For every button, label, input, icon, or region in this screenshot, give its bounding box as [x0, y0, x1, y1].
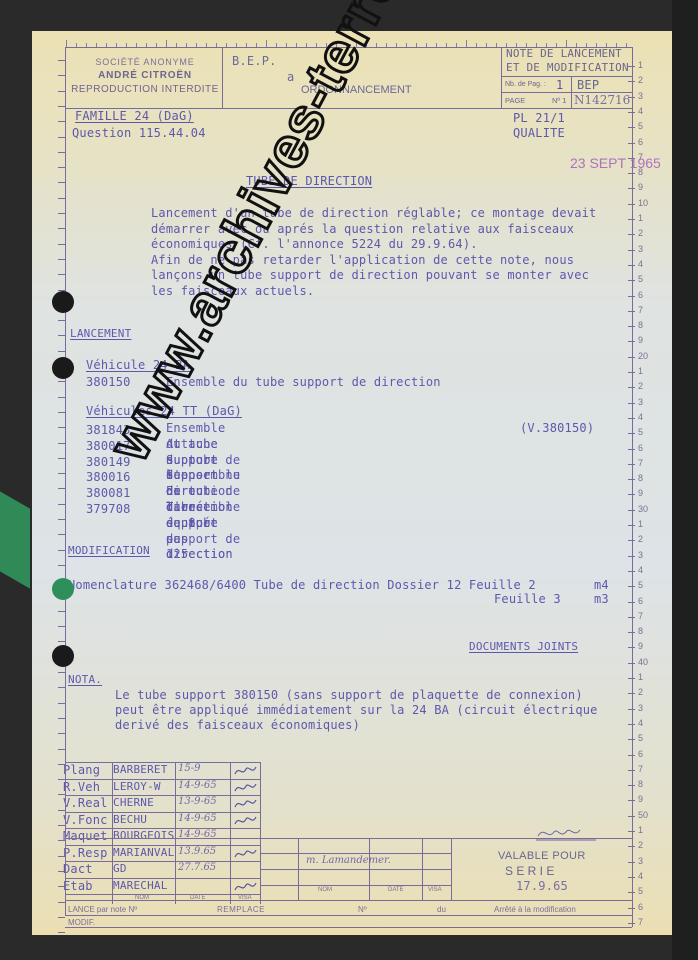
- ruler-number: 5: [638, 886, 643, 896]
- ruler-number: 2: [638, 534, 643, 544]
- visa-signature-icon: [232, 813, 258, 828]
- ruler-tick: [58, 274, 65, 275]
- ruler-tick: [58, 198, 65, 199]
- nota-line: Le tube support 380150 (sans support de …: [115, 688, 598, 703]
- lancement-heading: LANCEMENT: [70, 327, 131, 340]
- note-box-divider: [571, 76, 572, 108]
- handwritten-name: m. Lamandemer.: [306, 855, 391, 866]
- ruler-number: 1: [638, 366, 643, 376]
- ruler-number: 9: [638, 488, 643, 498]
- ruler-number: 8: [638, 320, 643, 330]
- ruler-tick: [58, 91, 65, 92]
- sig-role: Maquet: [63, 829, 108, 843]
- ruler-number: 6: [638, 749, 643, 759]
- ruler-tick: [58, 60, 65, 61]
- sig-col-line: [175, 762, 176, 904]
- part-ref: 380149: [86, 455, 131, 469]
- arrete-label: Arrêté à la modification: [494, 905, 576, 914]
- part-ref: 380081: [86, 486, 131, 500]
- sig-name: BOURGEOIS: [113, 829, 174, 842]
- note-number: N142716: [574, 93, 630, 107]
- ruler-tick: [58, 397, 65, 398]
- service-code: BEP: [577, 78, 599, 92]
- sig-date: 13.9.65: [178, 846, 216, 857]
- received-date-stamp: 23 SEPT 1965: [570, 155, 661, 171]
- ruler-number: 2: [638, 75, 643, 85]
- sig-name: LEROY-W: [113, 780, 161, 793]
- ruler-tick: [58, 458, 65, 459]
- ruler-tick: [58, 672, 65, 673]
- sig-role: V.Fonc: [63, 813, 108, 827]
- from-department: B.E.P.: [232, 54, 277, 68]
- ruler-tick: [58, 182, 65, 183]
- ruler-tick: [58, 152, 65, 153]
- sig-date: 14-9-65: [178, 780, 217, 791]
- ruler-tick: [58, 244, 65, 245]
- scan-background-stripe: [0, 491, 30, 588]
- ruler-tick: [58, 611, 65, 612]
- ruler-number: 9: [638, 182, 643, 192]
- ruler-tick: [66, 40, 67, 47]
- ruler-number: 3: [638, 550, 643, 560]
- header-divider-1: [222, 47, 223, 108]
- ruler-tick: [58, 228, 65, 229]
- ruler-number: 50: [638, 810, 648, 820]
- modif-label: MODIF.: [68, 918, 95, 927]
- question-number: Question 115.44.04: [72, 126, 206, 140]
- sig-date: 13-9-65: [178, 796, 217, 807]
- ruler-number: 20: [638, 351, 648, 361]
- ruler-number: 40: [638, 657, 648, 667]
- ruler-tick: [58, 412, 65, 413]
- page-label: PAGE: [505, 96, 525, 105]
- part-desc: Tube support de direction: [166, 500, 233, 563]
- sig-role: P.Resp: [63, 846, 108, 860]
- ruler-number: 7: [638, 611, 643, 621]
- modification-heading: MODIFICATION: [68, 544, 150, 557]
- nota-line: derivé des faisceaux économiques): [115, 718, 598, 733]
- ruler-number: 4: [638, 106, 643, 116]
- ruler-number: 6: [638, 596, 643, 606]
- modification-line-2: Feuille 3: [494, 592, 561, 606]
- modification-line-1-suffix: m4: [594, 578, 609, 592]
- visa-signature-icon: [232, 780, 258, 795]
- footer-bottom-line: [65, 927, 632, 928]
- sig-col-line: [112, 762, 113, 904]
- visa-signature-icon: [232, 879, 258, 894]
- serie-date: 17.9.65: [516, 879, 568, 893]
- binder-hole: [52, 291, 74, 313]
- nota-line: peut être appliqué immédiatement sur la …: [115, 703, 598, 718]
- ruler-tick: [466, 40, 467, 47]
- part-row: 380081Ecrou carré de 8 pas 125: [86, 484, 131, 500]
- ruler-number: 2: [638, 228, 643, 238]
- part-ref: 380016: [86, 470, 131, 484]
- qualite-label: QUALITE: [513, 126, 565, 140]
- part-note: (V.380150): [520, 421, 594, 437]
- ruler-number: 1: [638, 519, 643, 529]
- ruler-number: 1: [638, 213, 643, 223]
- ruler-number: 6: [638, 443, 643, 453]
- sig-role: Etab: [63, 879, 93, 893]
- ruler-tick: [58, 320, 65, 321]
- nb-pages-value: 1: [556, 78, 563, 92]
- ruler-number: 9: [638, 335, 643, 345]
- ruler-number: 8: [638, 473, 643, 483]
- modification-line-1: Nomenclature 362468/6400 Tube de directi…: [68, 578, 536, 592]
- sig-name: MARECHAL: [113, 879, 168, 892]
- sig-date: 14-9-65: [178, 813, 217, 824]
- mid-table-row-line-1: [260, 853, 451, 854]
- remplace-label: REMPLACE: [217, 905, 265, 914]
- ruler-number: 1: [638, 825, 643, 835]
- ruler-tick: [58, 932, 65, 933]
- ruler-number: 3: [638, 91, 643, 101]
- ruler-tick: [58, 703, 65, 704]
- note-box-line-1: [501, 76, 632, 77]
- company-line-2: ANDRÉ CITROËN: [70, 70, 220, 81]
- ruler-number: 3: [638, 703, 643, 713]
- ruler-tick: [58, 213, 65, 214]
- sig-role: R.Veh: [63, 780, 100, 794]
- ruler-number: 3: [638, 397, 643, 407]
- part-row: 380016Support nu de l'ensemble du tube s…: [86, 468, 131, 484]
- ruler-tick: [166, 40, 167, 47]
- side-ruler: 1234567891012345678920123456789301234567…: [628, 50, 668, 930]
- ruler-tick: [58, 626, 65, 627]
- ruler-number: 5: [638, 733, 643, 743]
- ruler-number: 4: [638, 871, 643, 881]
- ruler-tick: [58, 718, 65, 719]
- ruler-number: 4: [638, 565, 643, 575]
- ruler-number: 6: [638, 290, 643, 300]
- ruler-tick: [58, 335, 65, 336]
- du-label: du: [437, 905, 446, 914]
- ruler-number: 4: [638, 259, 643, 269]
- ruler-tick: [58, 917, 65, 918]
- ruler-number: 2: [638, 687, 643, 697]
- ruler-number: 5: [638, 274, 643, 284]
- ruler-tick: [58, 381, 65, 382]
- nota-heading: NOTA.: [68, 673, 102, 686]
- ruler-number: 7: [638, 305, 643, 315]
- ruler-tick: [58, 167, 65, 168]
- ruler-number: 4: [638, 718, 643, 728]
- ruler-number: 1: [638, 672, 643, 682]
- famille-label: FAMILLE 24 (DaG): [75, 109, 194, 123]
- nota-paragraph: Le tube support 380150 (sans support de …: [115, 688, 598, 733]
- sig-role: Dact: [63, 862, 93, 876]
- footer-mid-line: [65, 915, 632, 916]
- ruler-tick: [58, 749, 65, 750]
- ruler-tick: [58, 733, 65, 734]
- footer-top-line: [65, 900, 632, 901]
- ruler-tick: [58, 641, 65, 642]
- visa-signature-icon: [232, 846, 258, 861]
- ruler-number: 5: [638, 580, 643, 590]
- binder-hole: [52, 578, 74, 600]
- sig-role: V.Real: [63, 796, 108, 810]
- ruler-tick: [58, 902, 65, 903]
- ruler-tick: [58, 259, 65, 260]
- validation-signature-icon: [530, 822, 600, 844]
- note-title-line-2: ET DE MODIFICATION: [506, 61, 629, 74]
- ruler-tick: [58, 137, 65, 138]
- sig-name: CHERNE: [113, 796, 154, 809]
- company-line-1: SOCIÉTÉ ANONYME: [70, 57, 220, 67]
- sig-date: 27.7.65: [178, 862, 216, 873]
- nb-pages-label: Nb. de Pag. :: [505, 81, 546, 88]
- ruler-tick: [58, 443, 65, 444]
- sig-col-line: [65, 762, 66, 904]
- visa-signature-icon: [232, 763, 258, 778]
- no-label: Nº: [358, 905, 367, 914]
- sig-role: Plang: [63, 763, 100, 777]
- ruler-tick: [58, 121, 65, 122]
- sig-name: GD: [113, 862, 127, 875]
- ruler-number: 8: [638, 626, 643, 636]
- ruler-number: 9: [638, 641, 643, 651]
- ruler-tick: [58, 519, 65, 520]
- ruler-number: 3: [638, 244, 643, 254]
- ruler-tick: [58, 488, 65, 489]
- binder-hole: [52, 357, 74, 379]
- mid-col-visa: VISA: [428, 887, 442, 893]
- pl-reference: PL 21/1: [513, 111, 565, 125]
- ruler-number: 6: [638, 902, 643, 912]
- ruler-number: 2: [638, 840, 643, 850]
- note-title-line-1: NOTE DE LANCEMENT: [506, 47, 622, 60]
- ruler-number: 5: [638, 427, 643, 437]
- ruler-number: 7: [638, 764, 643, 774]
- sig-name: BECHU: [113, 813, 147, 826]
- ruler-number: 9: [638, 794, 643, 804]
- visa-signature-icon: [232, 796, 258, 811]
- ruler-tick: [58, 687, 65, 688]
- ruler-tick: [58, 550, 65, 551]
- ruler-number: 5: [638, 121, 643, 131]
- ruler-tick: [58, 427, 65, 428]
- part-desc: Ensemble du tube support de direction: [166, 375, 441, 389]
- documents-joints-heading: DOCUMENTS JOINTS: [469, 640, 578, 653]
- frame-right-line: [632, 47, 633, 927]
- serie-label: S E R I E: [505, 864, 554, 878]
- ruler-number: 4: [638, 412, 643, 422]
- ruler-number: 1: [638, 60, 643, 70]
- binder-hole: [52, 645, 74, 667]
- lance-par-note-label: LANCE par note Nº: [68, 905, 137, 914]
- mid-col-date: DATE: [388, 887, 404, 893]
- ruler-tick: [58, 534, 65, 535]
- modification-line-2-suffix: m3: [594, 592, 609, 606]
- ruler-tick: [566, 40, 567, 47]
- ruler-number: 30: [638, 504, 648, 514]
- sig-date: 15-9: [178, 763, 200, 774]
- part-ref: 379708: [86, 502, 131, 516]
- ruler-number: 2: [638, 381, 643, 391]
- ruler-number: 7: [638, 458, 643, 468]
- scan-background-right: [672, 0, 698, 960]
- ruler-tick: [58, 351, 65, 352]
- ruler-number: 8: [638, 779, 643, 789]
- ruler-tick: [266, 40, 267, 47]
- mid-table-row-line-3: [260, 885, 451, 886]
- mid-col-nom: NOM: [318, 887, 332, 893]
- valable-pour-label: VALABLE POUR: [498, 850, 586, 862]
- ruler-tick: [58, 106, 65, 107]
- ruler-number: 7: [638, 917, 643, 927]
- mid-table-row-line-2: [260, 869, 451, 870]
- header-divider-2: [501, 47, 502, 108]
- ruler-number: 6: [638, 137, 643, 147]
- ruler-tick: [58, 473, 65, 474]
- page-number: Nº 1: [552, 96, 566, 105]
- mid-table-divider-4: [451, 838, 452, 900]
- sig-name: BARBERET: [113, 763, 168, 776]
- sig-name: MARIANVAL: [113, 846, 174, 859]
- company-line-3: REPRODUCTION INTERDITE: [70, 84, 220, 95]
- ruler-tick: [58, 504, 65, 505]
- ruler-number: 3: [638, 856, 643, 866]
- sig-col-line: [230, 762, 231, 904]
- ruler-tick: [58, 75, 65, 76]
- ruler-number: 10: [638, 198, 648, 208]
- ruler-tick: [58, 565, 65, 566]
- sig-col-line: [260, 762, 261, 904]
- part-row: 379708Tube support de direction: [86, 500, 131, 516]
